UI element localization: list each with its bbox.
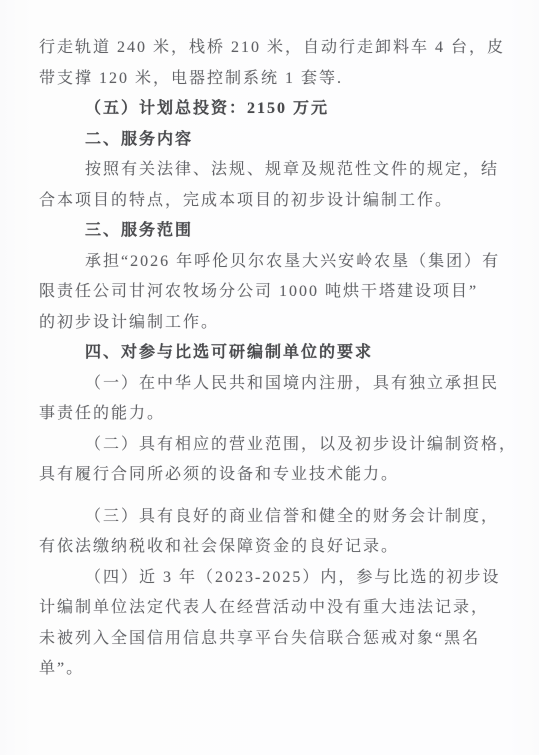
text-line: 有依法缴纳税收和社会保障资金的良好记录。: [39, 532, 509, 563]
text-line: 行走轨道 240 米，栈桥 210 米，自动行走卸料车 4 台，皮: [39, 33, 509, 64]
text-line: （一）在中华人民共和国境内注册，具有独立承担民: [39, 369, 509, 400]
text-line: （三）具有良好的商业信誉和健全的财务会计制度，: [39, 502, 509, 533]
text-line: （四）近 3 年（2023-2025）内，参与比选的初步设: [39, 563, 509, 594]
text-line: 合本项目的特点，完成本项目的初步设计编制工作。: [39, 186, 509, 217]
text-line: （二）具有相应的营业范围，以及初步设计编制资格，: [39, 430, 509, 461]
heading-total-investment: （五）计划总投资：2150 万元: [39, 94, 509, 125]
text-line: 未被列入全国信用信息共享平台失信联合惩戒对象“黑名: [39, 624, 509, 655]
text-line: 承担“2026 年呼伦贝尔农垦大兴安岭农垦（集团）有: [39, 247, 509, 278]
text-line: 带支撑 120 米，电器控制系统 1 套等.: [39, 64, 509, 95]
text-line: 具有履行合同所必须的设备和专业技术能力。: [39, 460, 509, 491]
text-line: 单”。: [39, 654, 509, 685]
heading-bidder-requirements: 四、对参与比选可研编制单位的要求: [39, 338, 509, 369]
heading-service-scope: 三、服务范围: [39, 216, 509, 247]
text-line: 的初步设计编制工作。: [39, 308, 509, 339]
text-line: 按照有关法律、法规、规章及规范性文件的规定，结: [39, 155, 509, 186]
text-line: 事责任的能力。: [39, 399, 509, 430]
heading-service-content: 二、服务内容: [39, 125, 509, 156]
text-line: 计编制单位法定代表人在经营活动中没有重大违法记录，: [39, 593, 509, 624]
document-page: 行走轨道 240 米，栈桥 210 米，自动行走卸料车 4 台，皮 带支撑 12…: [0, 0, 539, 755]
text-line: 限责任公司甘河农牧场分公司 1000 吨烘干塔建设项目”: [39, 277, 509, 308]
